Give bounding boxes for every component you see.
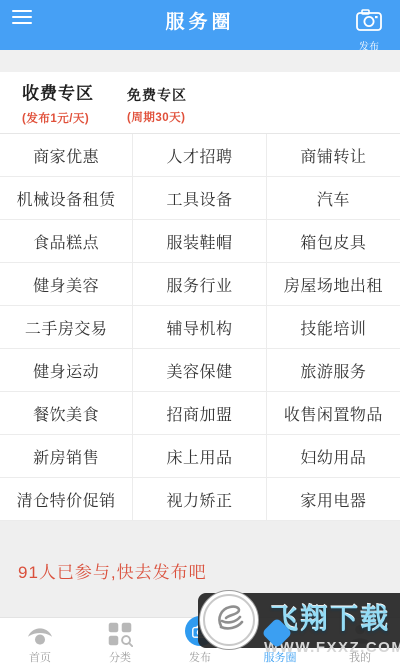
category-cell[interactable]: 人才招聘: [133, 134, 266, 177]
category-cell[interactable]: 收售闲置物品: [267, 392, 400, 435]
paid-zone[interactable]: 收费专区 (发布1元/天): [22, 79, 94, 126]
category-cell[interactable]: 餐饮美食: [0, 392, 133, 435]
tab-publish-label: 发布: [160, 649, 240, 665]
category-cell[interactable]: 商铺转让: [267, 134, 400, 177]
header-gap-strip: [0, 50, 400, 72]
category-cell[interactable]: 床上用品: [133, 435, 266, 478]
category-cell[interactable]: 机械设备租赁: [0, 177, 133, 220]
category-cell[interactable]: 服务行业: [133, 263, 266, 306]
category-cell[interactable]: 商家优惠: [0, 134, 133, 177]
fxxz-watermark: 飞翔下载 WWW.FXXZ.COM: [198, 593, 400, 648]
categories-icon: [80, 620, 160, 648]
category-cell[interactable]: 妇幼用品: [267, 435, 400, 478]
camera-icon: [352, 8, 386, 37]
special-zones-section: 收费专区 (发布1元/天) 免费专区 (周期30天): [0, 72, 400, 134]
free-zone-subtitle: (周期30天): [127, 109, 187, 125]
category-cell[interactable]: 清仓特价促销: [0, 478, 133, 521]
home-icon: [0, 620, 80, 648]
category-cell[interactable]: 技能培训: [267, 306, 400, 349]
category-cell[interactable]: 招商加盟: [133, 392, 266, 435]
paid-zone-subtitle: (发布1元/天): [22, 110, 94, 126]
category-cell[interactable]: 辅导机构: [133, 306, 266, 349]
category-cell[interactable]: 房屋场地出租: [267, 263, 400, 306]
category-cell[interactable]: 视力矫正: [133, 478, 266, 521]
tab-categories[interactable]: 分类: [80, 618, 160, 667]
category-cell[interactable]: 家用电器: [267, 478, 400, 521]
category-grid: 商家优惠人才招聘商铺转让机械设备租赁工具设备汽车食品糕点服装鞋帽箱包皮具健身美容…: [0, 134, 400, 521]
category-cell[interactable]: 汽车: [267, 177, 400, 220]
header-bar: 服务圈 发布: [0, 0, 400, 50]
category-cell[interactable]: 箱包皮具: [267, 220, 400, 263]
paid-zone-title: 收费专区: [22, 79, 94, 104]
category-cell[interactable]: 服装鞋帽: [133, 220, 266, 263]
category-cell[interactable]: 旅游服务: [267, 349, 400, 392]
participation-banner: 91人已参与,快去发布吧: [18, 558, 207, 583]
category-cell[interactable]: 食品糕点: [0, 220, 133, 263]
category-cell[interactable]: 美容保健: [133, 349, 266, 392]
category-cell[interactable]: 二手房交易: [0, 306, 133, 349]
watermark-bird-logo-icon: [199, 590, 259, 650]
tab-categories-label: 分类: [80, 649, 160, 665]
publish-button[interactable]: 发布: [352, 8, 386, 53]
tab-home-label: 首页: [0, 649, 80, 665]
category-cell[interactable]: 新房销售: [0, 435, 133, 478]
category-cell[interactable]: 健身美容: [0, 263, 133, 306]
tab-home[interactable]: 首页: [0, 618, 80, 667]
page-title: 服务圈: [0, 0, 400, 50]
category-cell[interactable]: 健身运动: [0, 349, 133, 392]
category-cell[interactable]: 工具设备: [133, 177, 266, 220]
free-zone[interactable]: 免费专区 (周期30天): [127, 85, 187, 125]
free-zone-title: 免费专区: [127, 85, 187, 105]
